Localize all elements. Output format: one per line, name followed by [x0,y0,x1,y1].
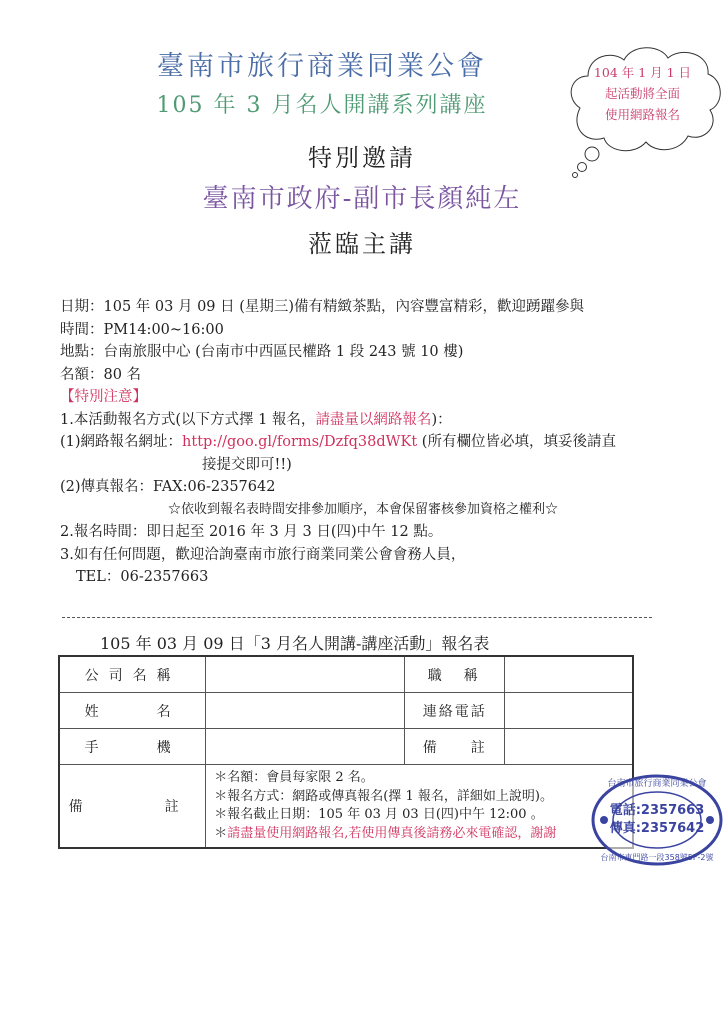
event-time: 時間：PM14:00~16:00 [60,319,616,342]
form-title: 105 年 03 月 09 日「3 月名人開講-講座活動」報名表 [100,631,489,654]
event-quota: 名額：80 名 [60,364,616,387]
job-title-label: 職 稱 [405,656,505,693]
note-item-1: 1.本活動報名方式(以下方式擇 1 報名，請盡量以網路報名)： [60,409,616,432]
note-item-3: 3.如有任何問題，歡迎洽詢臺南市旅行商業同業公會會務人員， [60,544,616,567]
cloud-callout-text: 104 年 1 月 1 日 起活動將全面 使用網路報名 [580,62,705,125]
association-seal-stamp-icon: 電話:2357663 傳真:2357642 台南市旅行商業同業公會 台南市東門路… [590,772,724,872]
name-label: 姓 名 [59,693,206,729]
svg-text:傳真:2357642: 傳真:2357642 [610,820,705,836]
remark-line: ＊名額：會員每家限 2 名。 [214,769,624,788]
event-location: 地點：台南旅服中心 (台南市中西區民權路 1 段 243 號 10 樓) [60,341,616,364]
registration-link[interactable]: http://goo.gl/forms/Dzfq38dWKt [182,434,417,450]
registration-form-table: 公司名稱 職 稱 姓 名 連絡電話 手 機 備 註 備 註 ＊名額：會員每家限 … [58,655,634,849]
event-date: 日期：105 年 03 月 09 日 (星期三)備有精緻茶點，內容豐富精彩，歡迎… [60,296,616,319]
fax-registration: (2)傳真報名：FAX:06-2357642 [60,476,616,499]
company-name-label: 公司名稱 [59,656,206,693]
mobile-field[interactable] [206,729,405,765]
remarks-content: ＊名額：會員每家限 2 名。 ＊報名方式：網路或傳真報名(擇 1 報名，詳細如上… [206,765,633,849]
remark-line: ＊報名方式：網路或傳真報名(擇 1 報名，詳細如上說明)。 [214,788,624,807]
svg-text:台南市旅行商業同業公會: 台南市旅行商業同業公會 [607,777,706,789]
cut-line-divider [62,617,652,618]
job-title-field[interactable] [505,656,633,693]
svg-text:台南市東門路一段358號5F-2號: 台南市東門路一段358號5F-2號 [601,852,714,862]
cloud-line: 使用網路報名 [580,104,705,125]
company-name-field[interactable] [206,656,405,693]
cloud-line: 104 年 1 月 1 日 [580,62,705,83]
note-item-2: 2.報名時間：即日起至 2016 年 3 月 3 日(四)中午 12 點。 [60,521,616,544]
note-label: 備 註 [405,729,505,765]
event-info: 日期：105 年 03 月 09 日 (星期三)備有精緻茶點，內容豐富精彩，歡迎… [60,296,616,589]
remark-line-red: ＊請盡量使用網路報名,若使用傳真後請務必來電確認，謝謝 [214,825,624,844]
remarks-label: 備 註 [59,765,206,849]
note-field[interactable] [505,729,633,765]
name-field[interactable] [206,693,405,729]
online-registration-cont: 接提交即可!!) [60,454,616,477]
note-emphasis: 請盡量以網路報名 [315,412,431,428]
form-row: 公司名稱 職 稱 [59,656,633,693]
star-note: ☆依收到報名表時間安排參加順序，本會保留審核參加資格之權利☆ [60,499,616,522]
cloud-line: 起活動將全面 [580,83,705,104]
notes-heading: 【特別注意】 [60,386,616,409]
mobile-label: 手 機 [59,729,206,765]
form-row: 手 機 備 註 [59,729,633,765]
speaker-name: 臺南市政府-副市長顏純左 [0,178,724,215]
form-row: 備 註 ＊名額：會員每家限 2 名。 ＊報名方式：網路或傳真報名(擇 1 報名，… [59,765,633,849]
remark-line: ＊報名截止日期：105 年 03 月 03 日(四)中午 12:00 。 [214,806,624,825]
lecture-label: 蒞臨主講 [0,224,724,259]
form-row: 姓 名 連絡電話 [59,693,633,729]
contact-phone-label: 連絡電話 [405,693,505,729]
online-registration: (1)網路報名網址：http://goo.gl/forms/Dzfq38dWKt… [60,431,616,454]
svg-text:電話:2357663: 電話:2357663 [610,802,705,818]
contact-tel: TEL：06-2357663 [60,566,616,589]
contact-phone-field[interactable] [505,693,633,729]
